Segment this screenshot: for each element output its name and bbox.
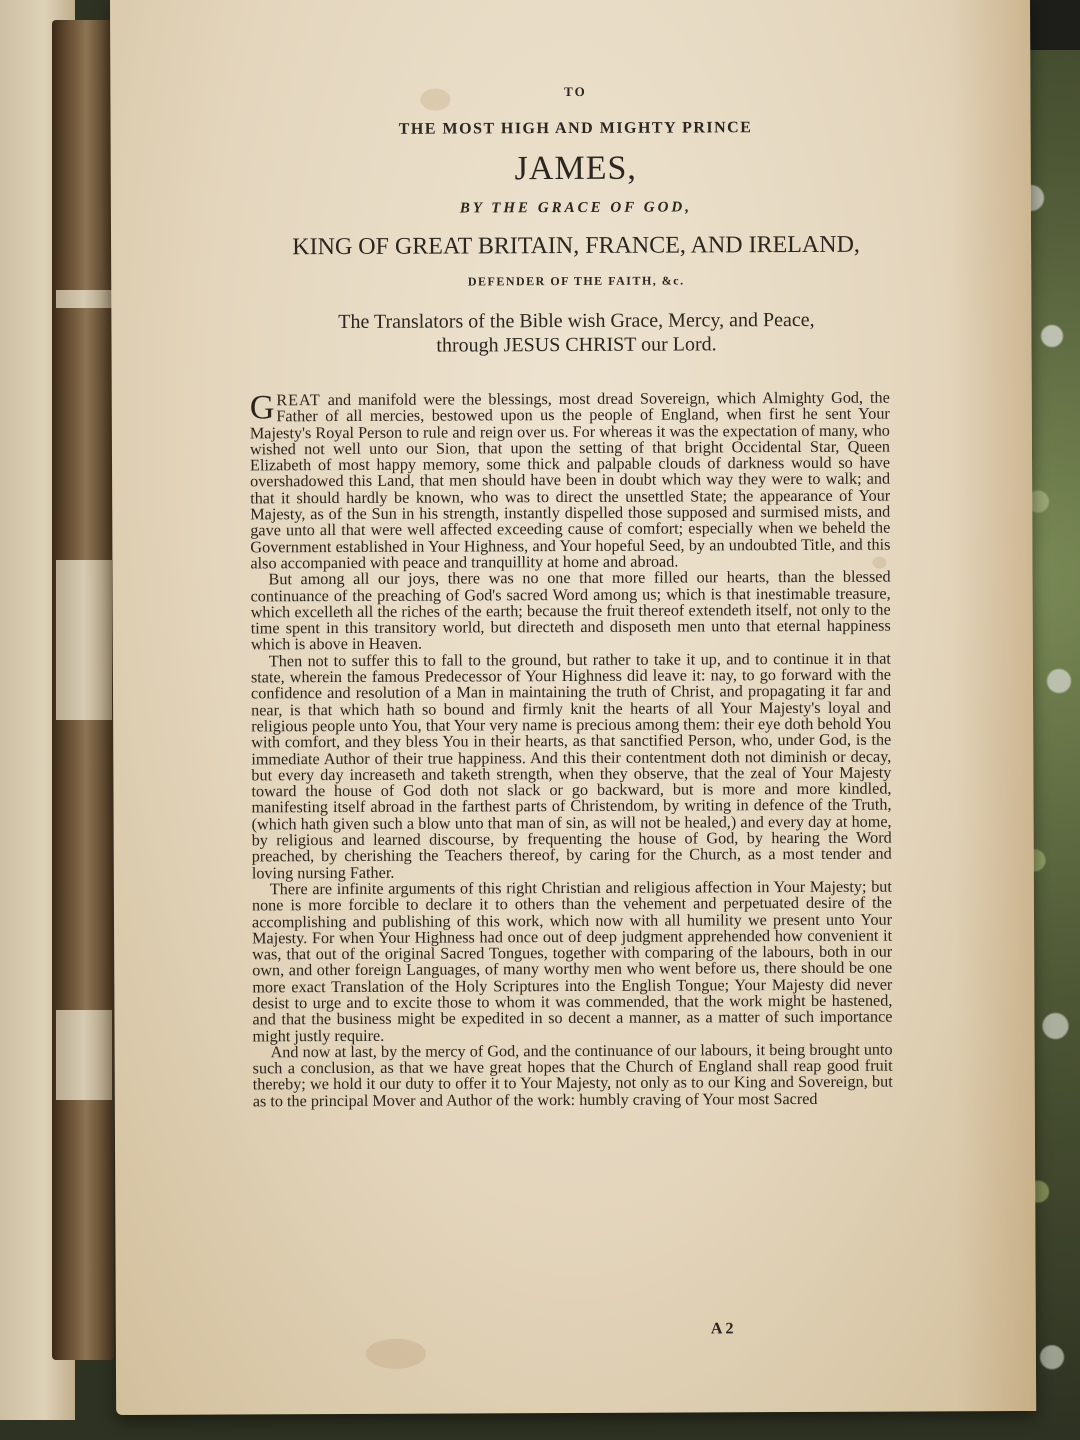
paragraph-text: and manifold were the blessings, most dr… <box>250 389 891 573</box>
header-to: TO <box>260 83 890 102</box>
spine-binding-thread <box>56 290 112 308</box>
drop-cap: G <box>250 394 275 422</box>
header-prince-line: THE MOST HIGH AND MIGHTY PRINCE <box>261 119 891 140</box>
book-page: TO THE MOST HIGH AND MIGHTY PRINCE JAMES… <box>110 0 1036 1415</box>
header-defender-line: DEFENDER OF THE FAITH, &c. <box>261 273 891 291</box>
header-king-line: KING OF GREAT BRITAIN, FRANCE, AND IRELA… <box>261 232 891 262</box>
paragraph-2: But among all our joys, there was no one… <box>250 569 890 653</box>
dedication-header: TO THE MOST HIGH AND MIGHTY PRINCE JAMES… <box>260 83 891 359</box>
paragraph-1: GREAT and manifold were the blessings, m… <box>250 390 891 572</box>
paragraph-5: And now at last, by the mercy of God, an… <box>253 1041 893 1109</box>
header-translators-line-1: The Translators of the Bible wish Grace,… <box>261 308 891 335</box>
spine-binding-thread <box>56 560 112 720</box>
page-stain <box>366 1339 426 1369</box>
paragraph-3: Then not to suffer this to fall to the g… <box>251 650 892 881</box>
spine-binding-thread <box>56 1010 112 1100</box>
header-translators-line-2: through JESUS CHRIST our Lord. <box>261 332 891 359</box>
signature-mark: A 2 <box>711 1320 734 1338</box>
header-name: JAMES, <box>261 149 891 190</box>
header-grace-line: BY THE GRACE OF GOD, <box>261 199 891 219</box>
paragraph-4: There are infinite arguments of this rig… <box>252 879 893 1045</box>
dedication-body: GREAT and manifold were the blessings, m… <box>250 390 893 1110</box>
page-edge-shading <box>950 0 1036 1411</box>
